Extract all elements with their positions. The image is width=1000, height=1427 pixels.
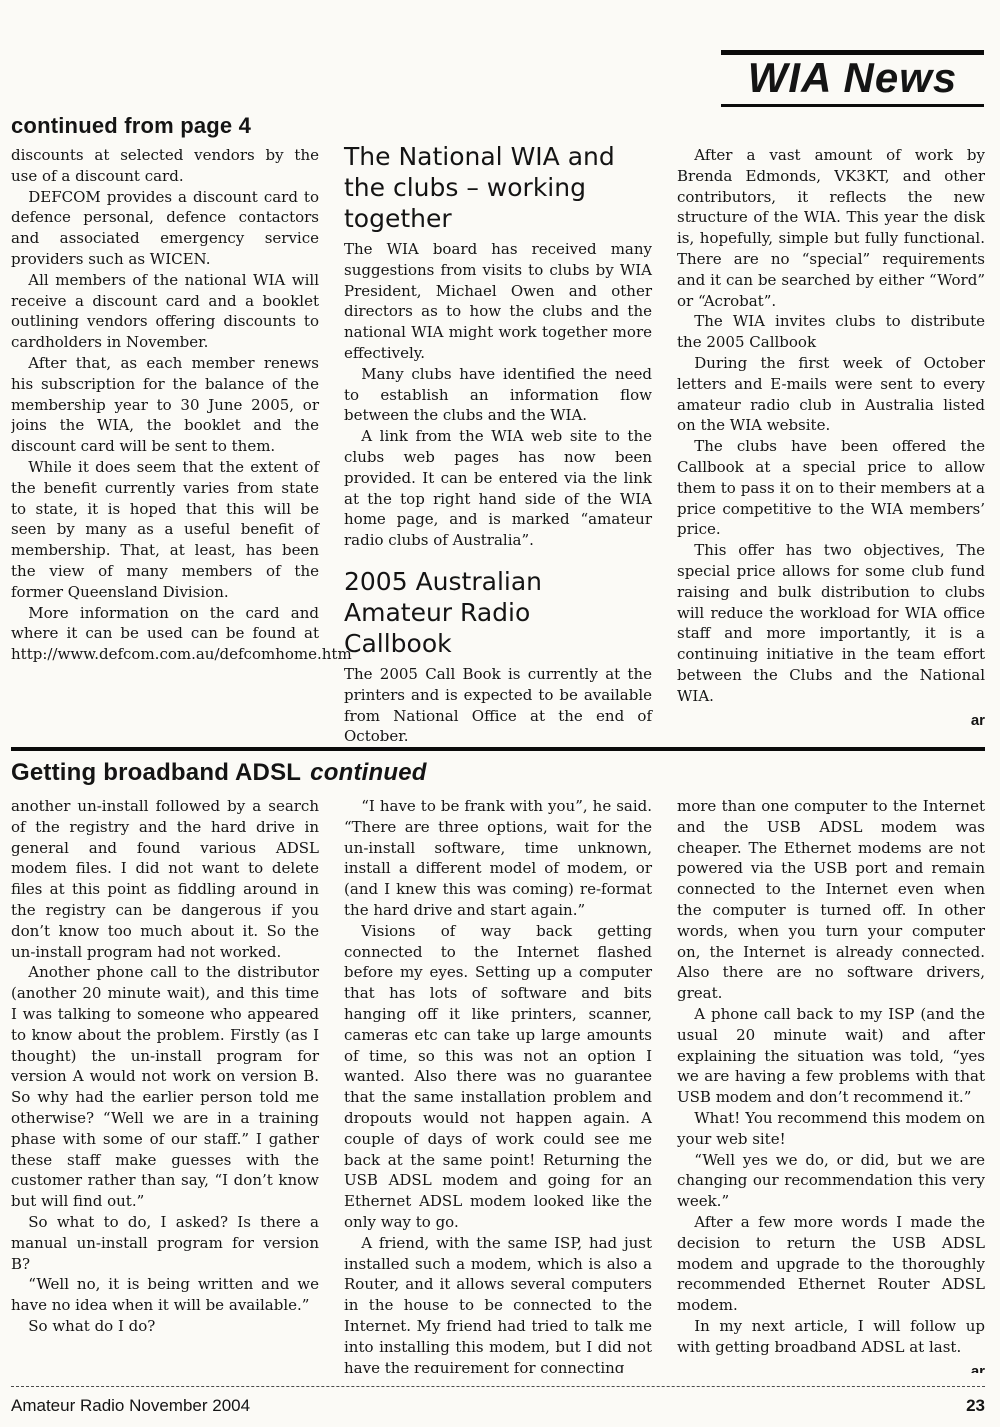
article-paragraph: Another phone call to the distributor (a…	[11, 962, 319, 1212]
article-paragraph: The clubs have been offered the Callbook…	[677, 436, 985, 540]
wia-news-column-3: After a vast amount of work by Brenda Ed…	[677, 112, 985, 746]
adsl-column-1: another un-install followed by a search …	[11, 796, 319, 1373]
article-paragraph: “Well no, it is being written and we hav…	[11, 1274, 319, 1316]
article-paragraph: During the first week of October letters…	[677, 353, 985, 436]
adsl-section: Getting broadband ADSLcontinued another …	[11, 758, 985, 1373]
adsl-column-3: more than one computer to the Internet a…	[677, 796, 985, 1373]
article-paragraph: So what do I do?	[11, 1316, 319, 1337]
article-paragraph: After a vast amount of work by Brenda Ed…	[677, 145, 985, 311]
article-paragraph: The 2005 Call Book is currently at the p…	[344, 664, 652, 746]
article-paragraph: “I have to be frank with you”, he said. …	[344, 796, 652, 921]
article-paragraph: After a few more words I made the decisi…	[677, 1212, 985, 1316]
article-paragraph: DEFCOM provides a discount card to defen…	[11, 187, 319, 270]
article-paragraph: What! You recommend this modem on your w…	[677, 1108, 985, 1150]
article-paragraph: All members of the national WIA will rec…	[11, 270, 319, 353]
article-paragraph: Visions of way back getting connected to…	[344, 921, 652, 1233]
article-paragraph: more than one computer to the Internet a…	[677, 796, 985, 1004]
article-paragraph: In my next article, I will follow up wit…	[677, 1316, 985, 1358]
article-paragraph: discounts at selected vendors by the use…	[11, 145, 319, 187]
page-number: 23	[966, 1396, 985, 1416]
article-paragraph: After that, as each member renews his su…	[11, 353, 319, 457]
journal-name: Amateur Radio November 2004	[11, 1396, 250, 1416]
masthead: WIA News	[721, 50, 984, 107]
article-paragraph: A phone call back to my ISP (and the usu…	[677, 1004, 985, 1108]
section-heading-text: Getting broadband ADSL	[11, 759, 301, 786]
article-paragraph: The WIA board has received many suggesti…	[344, 239, 652, 364]
masthead-title: WIA News	[721, 55, 984, 101]
adsl-column-2: “I have to be frank with you”, he said. …	[344, 796, 652, 1373]
wia-news-column-1: continued from page 4 discounts at selec…	[11, 112, 319, 746]
continued-from-heading: continued from page 4	[11, 112, 319, 139]
article-paragraph-with-url: More information on the card and where i…	[11, 603, 319, 665]
section-heading-adsl: Getting broadband ADSLcontinued	[11, 758, 985, 787]
end-of-article-mark: ar	[677, 1363, 985, 1373]
article-paragraph: Many clubs have identified the need to e…	[344, 364, 652, 426]
adsl-columns: another un-install followed by a search …	[11, 796, 985, 1373]
article-heading-callbook: 2005 Australian Amateur Radio Callbook	[344, 566, 632, 659]
article-paragraph: So what to do, I asked? Is there a manua…	[11, 1212, 319, 1274]
end-of-article-mark: ar	[677, 712, 985, 729]
wia-news-section: continued from page 4 discounts at selec…	[11, 112, 985, 746]
article-paragraph: While it does seem that the extent of th…	[11, 457, 319, 603]
article-paragraph: “Well yes we do, or did, but we are chan…	[677, 1150, 985, 1212]
article-paragraph: This offer has two objectives, The speci…	[677, 540, 985, 706]
wia-news-column-2: The National WIA and the clubs – working…	[344, 112, 652, 746]
section-divider	[11, 747, 985, 751]
article-paragraph: The WIA invites clubs to distribute the …	[677, 311, 985, 353]
article-paragraph: A link from the WIA web site to the club…	[344, 426, 652, 551]
article-paragraph: another un-install followed by a search …	[11, 796, 319, 962]
section-heading-continued: continued	[310, 759, 426, 786]
article-paragraph: A friend, with the same ISP, had just in…	[344, 1233, 652, 1373]
footer: Amateur Radio November 2004 23	[11, 1386, 985, 1416]
article-heading-national-wia: The National WIA and the clubs – working…	[344, 141, 632, 234]
